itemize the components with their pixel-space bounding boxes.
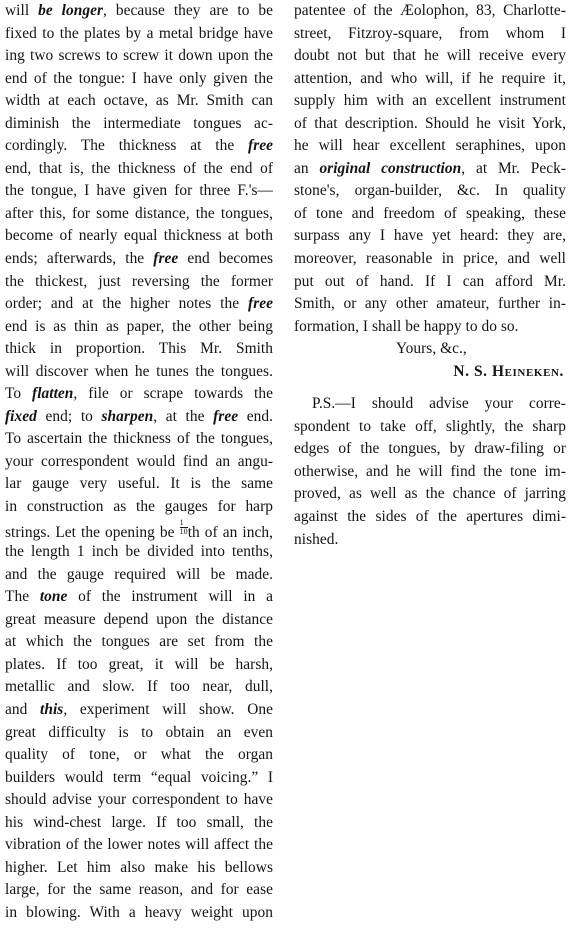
text-line: metallic and slow. If too near, dull, (5, 676, 273, 699)
text-line: your correspondent would find an angu- (5, 451, 273, 474)
emphasis: original construction (319, 160, 461, 177)
text-line: formation, I shall be happy to do so. (294, 316, 566, 339)
text-line: To flatten, file or scrape towards the (5, 383, 273, 406)
text-line: great measure depend upon the distance (5, 609, 273, 632)
emphasis: flatten (32, 385, 73, 402)
emphasis: this (40, 701, 63, 718)
text-line: surpass any I have yet heard: they are, (294, 225, 566, 248)
emphasis: free (153, 250, 178, 267)
text-line: To ascertain the thickness of the tongue… (5, 428, 273, 451)
text-line: doubt not but that he will receive every (294, 45, 566, 68)
text-line: cordingly. The thickness at the free (5, 135, 273, 158)
text-line: of that description. Should he visit Yor… (294, 113, 566, 136)
text-line: become of nearly equal thickness at both (5, 225, 273, 248)
text-line: at which the tongues are set from the (5, 631, 273, 654)
text-line: put out of hand. If I can afford Mr. (294, 271, 566, 294)
text-line: against the sides of the apertures dimi- (294, 506, 566, 529)
emphasis: be longer (38, 2, 103, 19)
text-line: patentee of the Æolophon, 83, Charlotte- (294, 0, 566, 23)
text-line: spondent to take off, slightly, the shar… (294, 416, 566, 439)
text-line: end of the tongue: I have only given the (5, 68, 273, 91)
text-line: after this, for some distance, the tongu… (5, 203, 273, 226)
text-line: attention, and who will, if he require i… (294, 68, 566, 91)
text-line: vibration of the lower notes will affect… (5, 834, 273, 857)
text-line: Smith, or any other amateur, further in- (294, 293, 566, 316)
text-line: higher. Let him also make his bellows (5, 857, 273, 880)
text-line: otherwise, and he will find the tone im- (294, 461, 566, 484)
letter-signoff: Yours, &c., (294, 338, 566, 361)
text-line: and the gauge required will be made. (5, 564, 273, 587)
text-line: plates. If too great, it will be harsh, (5, 654, 273, 677)
text-line: strings. Let the opening be 110th of an … (5, 519, 273, 542)
left-column: will be longer, because they are to be f… (5, 0, 273, 924)
text-line: will be longer, because they are to be (5, 0, 273, 23)
text-line: width at each octave, as Mr. Smith can (5, 90, 273, 113)
text-line: edges of the tongues, by draw-filing or (294, 438, 566, 461)
emphasis: free (213, 408, 238, 425)
text-line: The tone of the instrument will in a (5, 586, 273, 609)
text-line: end, that is, the thickness of the end o… (5, 158, 273, 181)
text-line: ends; afterwards, the free end becomes (5, 248, 273, 271)
text-line: an original construction, at Mr. Peck- (294, 158, 566, 181)
postscript: P.S.—I should advise your corre- sponden… (294, 393, 566, 551)
paragraph-gap (294, 383, 566, 393)
text-line: stone's, organ-builder, &c. In quality (294, 180, 566, 203)
emphasis: free (248, 295, 273, 312)
text-line: builders would term “equal voicing.” I (5, 767, 273, 790)
text-line: his wind-chest large. If too small, the (5, 812, 273, 835)
text-line: the tongue, I have given for three F.'s— (5, 180, 273, 203)
text-line: and this, experiment will show. One (5, 699, 273, 722)
text-line: fixed to the plates by a metal bridge ha… (5, 23, 273, 46)
text-line: end is as thin as paper, the other being (5, 316, 273, 339)
text-line: large, for the same reason, and for ease (5, 879, 273, 902)
emphasis: sharpen (102, 408, 154, 425)
text-line: diminish the intermediate tongues ac- (5, 113, 273, 136)
text-line: great difficulty is to obtain an even (5, 722, 273, 745)
text-line: thick in proportion. This Mr. Smith (5, 338, 273, 361)
text-line: moreover, reasonable in price, and well (294, 248, 566, 271)
emphasis: tone (40, 588, 68, 605)
text-line: street, Fitzroy-square, from whom I (294, 23, 566, 46)
text-line: in blowing. With a heavy weight upon (5, 902, 273, 925)
text-line: in construction as the gauges for harp (5, 496, 273, 519)
text-line: supply him with an excellent instrument (294, 90, 566, 113)
fraction: 110 (180, 519, 188, 536)
letter-signature: N. S. Heineken. (294, 361, 566, 384)
right-column: patentee of the Æolophon, 83, Charlotte-… (294, 0, 566, 551)
emphasis: free (248, 137, 273, 154)
text-line: of tone and freedom of speaking, these (294, 203, 566, 226)
emphasis: fixed (5, 408, 37, 425)
text-line: P.S.—I should advise your corre- (294, 393, 566, 416)
text-line: ing two screws to screw it down upon the (5, 45, 273, 68)
text-line: he will hear excellent seraphines, upon (294, 135, 566, 158)
text-line: nished. (294, 529, 566, 552)
text-line: will discover when he tunes the tongues. (5, 361, 273, 384)
text-line: order; and at the higher notes the free (5, 293, 273, 316)
text-line: the thickest, just reversing the former (5, 271, 273, 294)
text-line: quality of tone, or what the organ (5, 744, 273, 767)
text-line: should advise your correspondent to have (5, 789, 273, 812)
text-line: proved, as well as the chance of jarring (294, 483, 566, 506)
text-line: the length 1 inch be divided into tenths… (5, 541, 273, 564)
text-line: lar gauge very useful. It is the same (5, 473, 273, 496)
text-line: fixed end; to sharpen, at the free end. (5, 406, 273, 429)
